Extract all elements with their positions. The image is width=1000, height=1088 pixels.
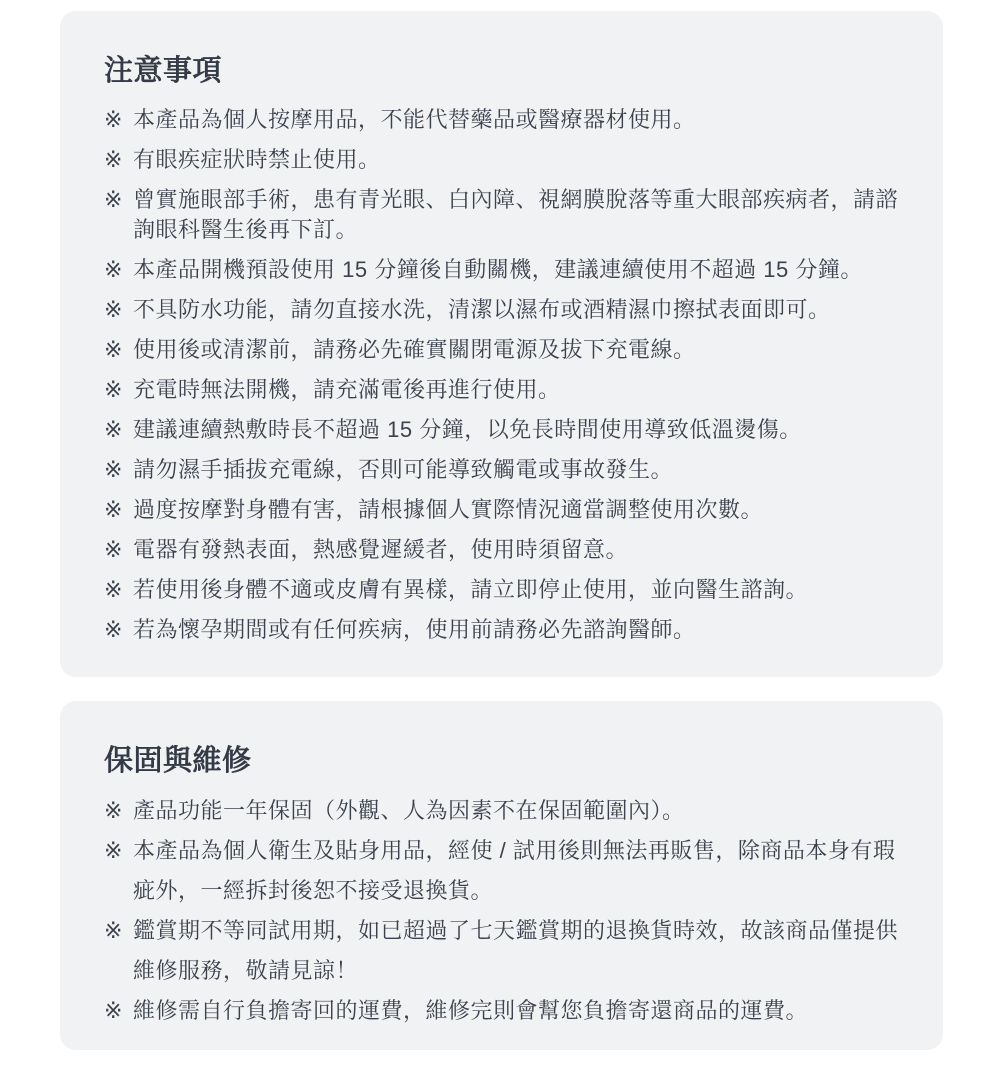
item-text: 建議連續熱敷時長不超過 15 分鐘，以免長時間使用導致低溫燙傷。 [133,415,901,445]
reference-mark: ※ [104,791,133,831]
item-text: 本產品為個人按摩用品，不能代替藥品或醫療器材使用。 [133,105,901,135]
list-item: ※ 建議連續熱敷時長不超過 15 分鐘，以免長時間使用導致低溫燙傷。 [104,415,901,445]
reference-mark: ※ [104,535,133,565]
reference-mark: ※ [104,295,133,325]
item-text: 若為懷孕期間或有任何疾病，使用前請務必先諮詢醫師。 [133,615,901,645]
list-item: ※ 使用後或清潔前，請務必先確實關閉電源及拔下充電線。 [104,335,901,365]
reference-mark: ※ [104,991,133,1031]
reference-mark: ※ [104,831,133,871]
warranty-title: 保固與維修 [104,747,901,776]
reference-mark: ※ [104,105,133,135]
reference-mark: ※ [104,415,133,445]
item-text: 若使用後身體不適或皮膚有異樣，請立即停止使用，並向醫生諮詢。 [133,575,901,605]
item-text: 有眼疾症狀時禁止使用。 [133,145,901,175]
list-item: ※ 過度按摩對身體有害，請根據個人實際情況適當調整使用次數。 [104,495,901,525]
item-text: 使用後或清潔前，請務必先確實關閉電源及拔下充電線。 [133,335,901,365]
item-text: 本產品開機預設使用 15 分鐘後自動關機，建議連續使用不超過 15 分鐘。 [133,255,901,285]
list-item: ※ 本產品開機預設使用 15 分鐘後自動關機，建議連續使用不超過 15 分鐘。 [104,255,901,285]
item-text: 維修需自行負擔寄回的運費，維修完則會幫您負擔寄還商品的運費。 [133,991,901,1031]
item-text: 不具防水功能，請勿直接水洗，清潔以濕布或酒精濕巾擦拭表面即可。 [133,295,901,325]
reference-mark: ※ [104,335,133,365]
item-text: 鑑賞期不等同試用期，如已超過了七天鑑賞期的退換貨時效，故該商品僅提供 維修服務，… [133,911,901,991]
reference-mark: ※ [104,575,133,605]
list-item: ※ 維修需自行負擔寄回的運費，維修完則會幫您負擔寄還商品的運費。 [104,991,901,1031]
reference-mark: ※ [104,455,133,485]
list-item: ※ 本產品為個人衛生及貼身用品，經使 / 試用後則無法再販售，除商品本身有瑕 疵… [104,831,901,911]
list-item: ※ 若使用後身體不適或皮膚有異樣，請立即停止使用，並向醫生諮詢。 [104,575,901,605]
item-text: 請勿濕手插拔充電線，否則可能導致觸電或事故發生。 [133,455,901,485]
warranty-card: 保固與維修 ※ 產品功能一年保固（外觀、人為因素不在保固範圍內）。 ※ 本產品為… [60,701,943,1050]
list-item: ※ 曾實施眼部手術，患有青光眼、白內障、視網膜脫落等重大眼部疾病者，請諮 詢眼科… [104,185,901,245]
item-text: 本產品為個人衛生及貼身用品，經使 / 試用後則無法再販售，除商品本身有瑕 疵外，… [133,831,901,911]
item-text: 過度按摩對身體有害，請根據個人實際情況適當調整使用次數。 [133,495,901,525]
reference-mark: ※ [104,145,133,175]
notes-card: 注意事項 ※ 本產品為個人按摩用品，不能代替藥品或醫療器材使用。 ※ 有眼疾症狀… [60,11,943,677]
item-text: 電器有發熱表面，熱感覺遲緩者，使用時須留意。 [133,535,901,565]
list-item: ※ 不具防水功能，請勿直接水洗，清潔以濕布或酒精濕巾擦拭表面即可。 [104,295,901,325]
list-item: ※ 有眼疾症狀時禁止使用。 [104,145,901,175]
reference-mark: ※ [104,495,133,525]
notes-list: ※ 本產品為個人按摩用品，不能代替藥品或醫療器材使用。 ※ 有眼疾症狀時禁止使用… [104,105,901,645]
notes-title: 注意事項 [104,57,901,86]
item-text: 充電時無法開機，請充滿電後再進行使用。 [133,375,901,405]
warranty-list: ※ 產品功能一年保固（外觀、人為因素不在保固範圍內）。 ※ 本產品為個人衛生及貼… [104,791,901,1031]
reference-mark: ※ [104,185,133,215]
reference-mark: ※ [104,615,133,645]
item-text: 產品功能一年保固（外觀、人為因素不在保固範圍內）。 [133,791,901,831]
list-item: ※ 充電時無法開機，請充滿電後再進行使用。 [104,375,901,405]
item-text: 曾實施眼部手術，患有青光眼、白內障、視網膜脫落等重大眼部疾病者，請諮 詢眼科醫生… [133,185,901,245]
list-item: ※ 本產品為個人按摩用品，不能代替藥品或醫療器材使用。 [104,105,901,135]
list-item: ※ 若為懷孕期間或有任何疾病，使用前請務必先諮詢醫師。 [104,615,901,645]
list-item: ※ 產品功能一年保固（外觀、人為因素不在保固範圍內）。 [104,791,901,831]
list-item: ※ 鑑賞期不等同試用期，如已超過了七天鑑賞期的退換貨時效，故該商品僅提供 維修服… [104,911,901,991]
reference-mark: ※ [104,911,133,951]
list-item: ※ 請勿濕手插拔充電線，否則可能導致觸電或事故發生。 [104,455,901,485]
reference-mark: ※ [104,375,133,405]
reference-mark: ※ [104,255,133,285]
list-item: ※ 電器有發熱表面，熱感覺遲緩者，使用時須留意。 [104,535,901,565]
